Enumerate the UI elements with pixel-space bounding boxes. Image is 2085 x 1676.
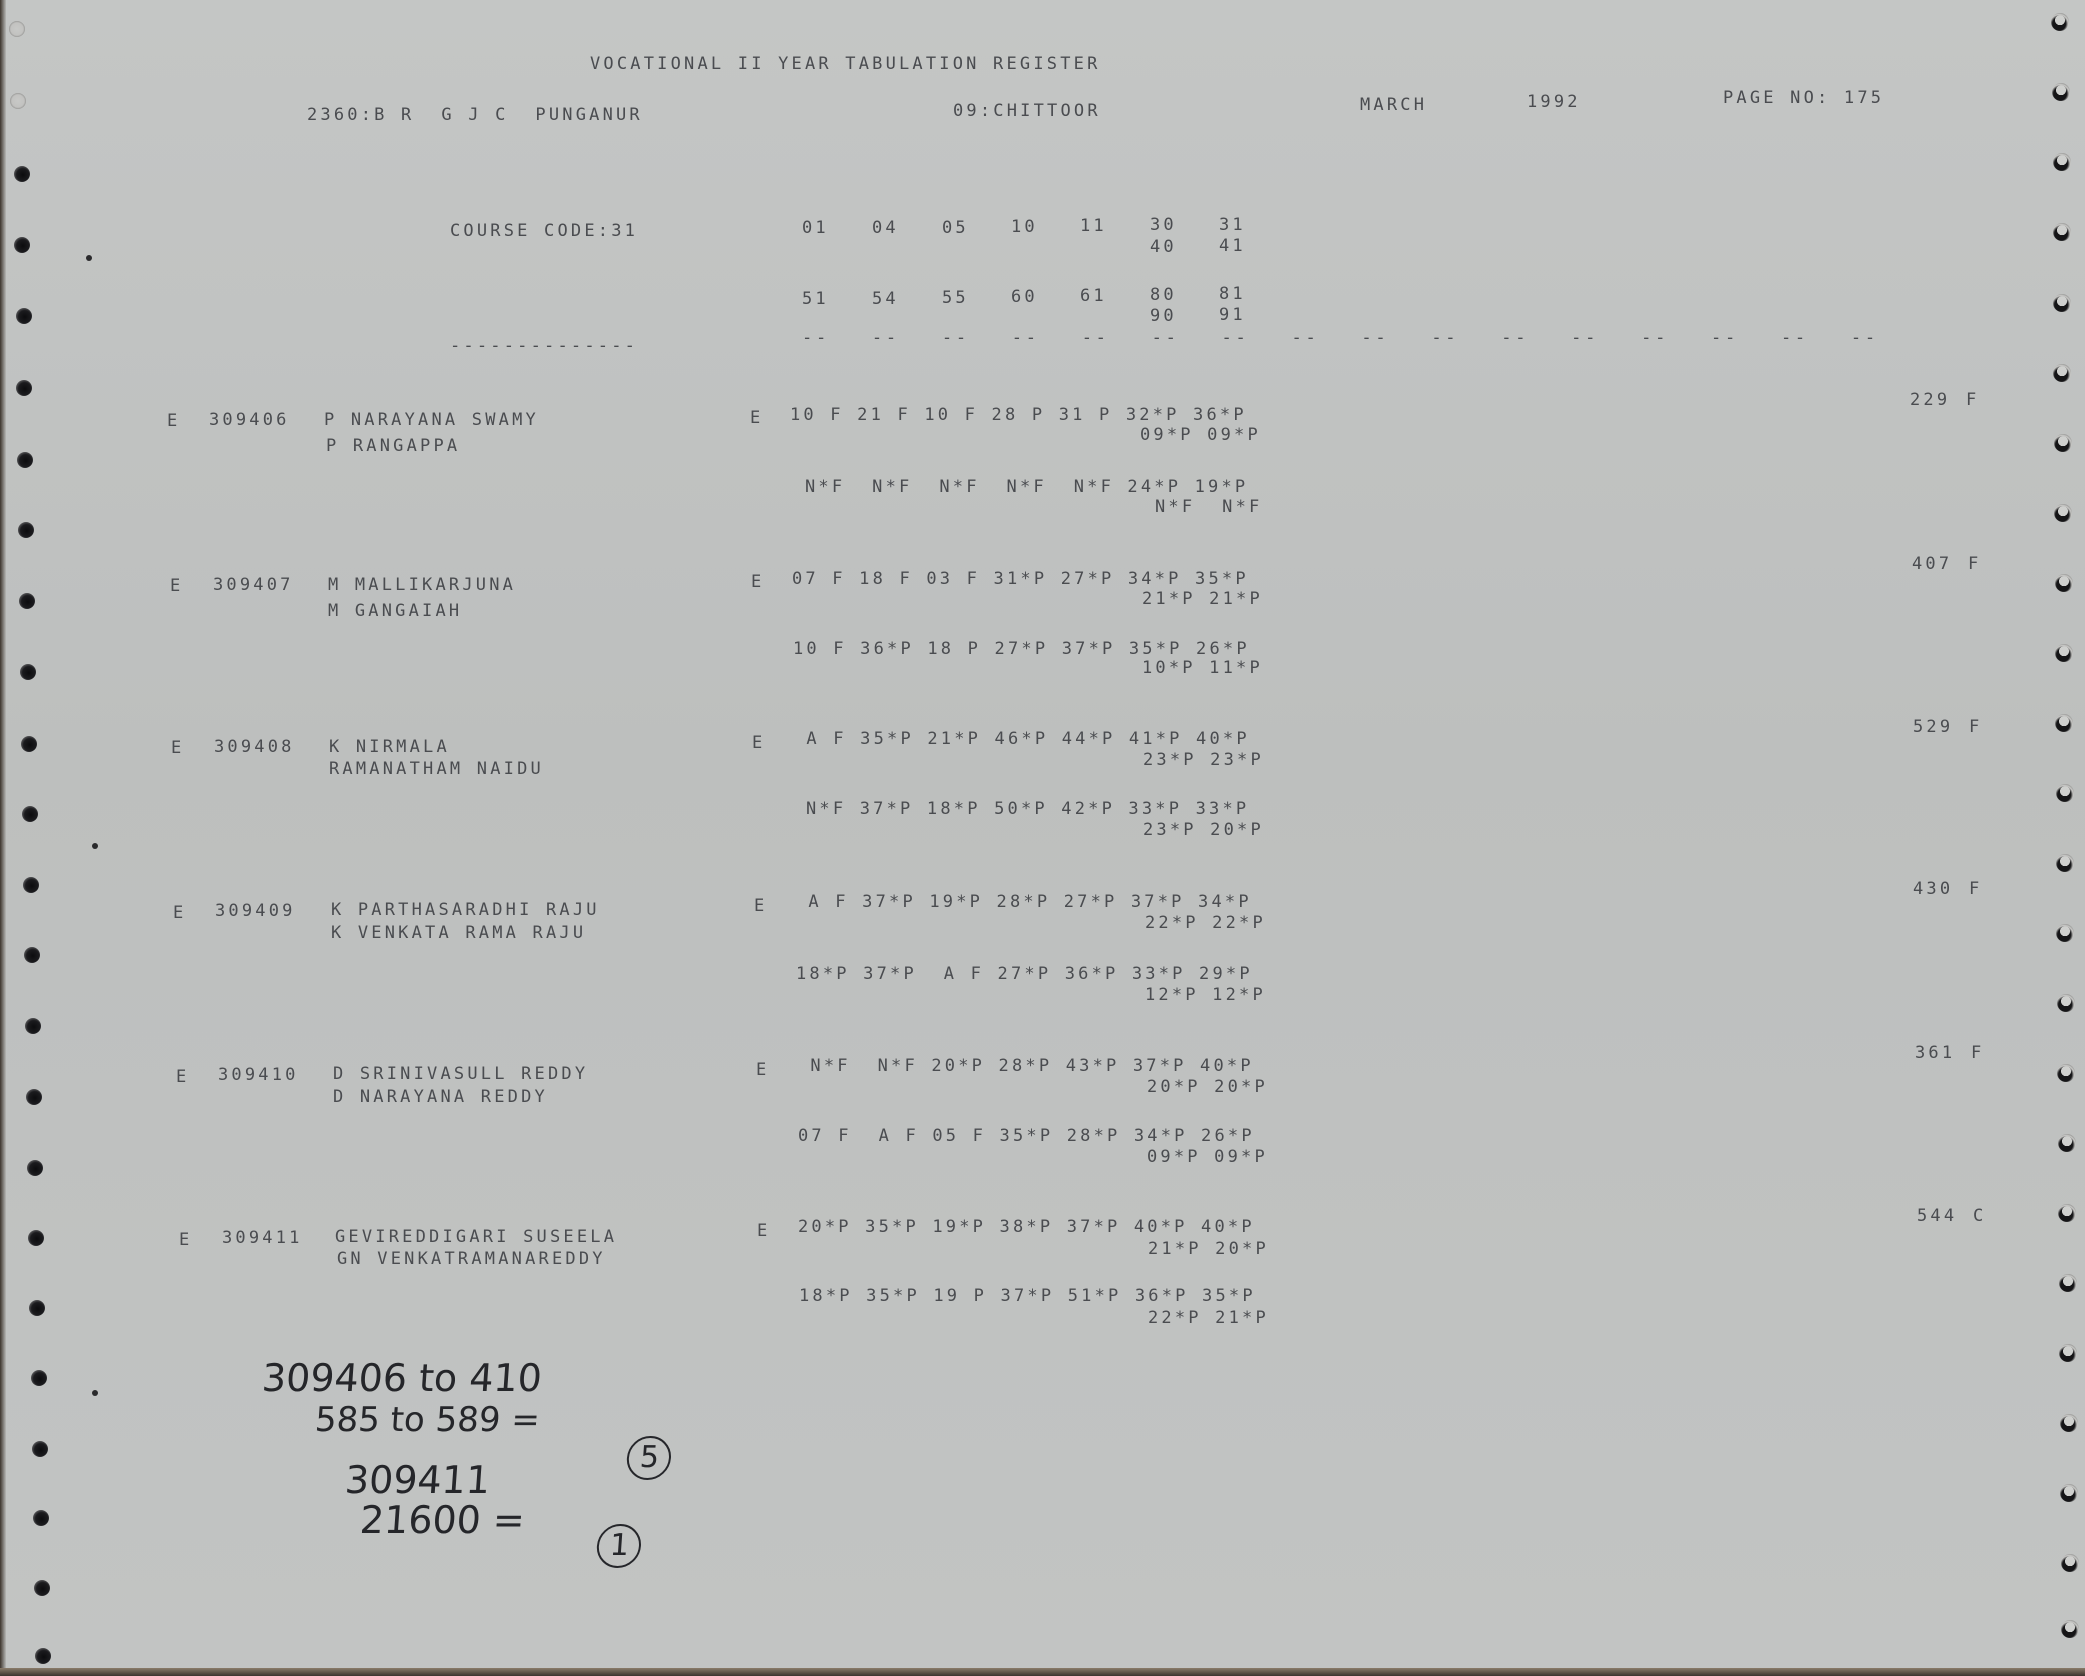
subject-code: 55 — [942, 288, 969, 308]
tractor-hole-icon — [2057, 1064, 2075, 1082]
register-title: VOCATIONAL II YEAR TABULATION REGISTER — [590, 54, 1101, 74]
marks-row-1-sub: 20*P 20*P — [1147, 1077, 1268, 1097]
subject-code: 04 — [872, 218, 899, 238]
subject-code: 80 — [1150, 285, 1177, 305]
note-line-1: 309406 to 410 — [261, 1358, 544, 1398]
result-code: C — [1973, 1206, 1986, 1226]
subject-code: 51 — [802, 289, 829, 309]
tractor-hole-icon — [35, 1648, 51, 1664]
student-name: K NIRMALA — [329, 737, 450, 757]
result-code: F — [1971, 1043, 1984, 1063]
hall-ticket-number: 309408 — [214, 737, 295, 757]
total-marks: 229 — [1910, 390, 1950, 410]
tractor-hole-icon — [2053, 364, 2071, 382]
student-flag: E — [171, 738, 184, 758]
tractor-hole-icon — [2056, 924, 2074, 942]
year-flag: E — [751, 572, 764, 592]
marks-row-1-sub: 09*P 09*P — [1140, 425, 1261, 445]
tractor-hole-icon — [19, 593, 35, 609]
marks-row-1: A F 35*P 21*P 46*P 44*P 41*P 40*P — [793, 729, 1250, 749]
tractor-hole-icon — [2052, 83, 2070, 101]
tractor-hole-icon — [2059, 1274, 2077, 1292]
tractor-hole-icon — [2054, 434, 2072, 452]
year-flag: E — [752, 733, 765, 753]
tractor-hole-icon — [2057, 994, 2075, 1012]
result-code: F — [1968, 554, 1981, 574]
marks-row-2-sub: 12*P 12*P — [1145, 985, 1266, 1005]
marks-row-2-sub: 22*P 21*P — [1148, 1308, 1269, 1328]
marks-row-2: N*F 37*P 18*P 50*P 42*P 33*P 33*P — [806, 799, 1249, 819]
tractor-hole-icon — [2059, 1344, 2077, 1362]
tractor-hole-icon — [10, 93, 26, 109]
subject-code: 10 — [1011, 217, 1038, 237]
circled-count: 5 — [626, 1436, 673, 1480]
column-dashes: -- -- -- -- -- -- -- -- -- -- -- -- -- -… — [802, 328, 1879, 348]
note-count-2: 1 — [521, 1482, 646, 1608]
circled-count: 1 — [596, 1524, 643, 1568]
hall-ticket-number: 309406 — [209, 410, 290, 430]
subject-code: 11 — [1080, 216, 1107, 236]
subject-code: 30 — [1150, 215, 1177, 235]
tractor-hole-icon — [27, 1160, 43, 1176]
paper-bottom-edge — [0, 1668, 2085, 1676]
note-line-4: 21600 = — [359, 1500, 527, 1540]
tractor-hole-icon — [2053, 294, 2071, 312]
total-marks: 529 — [1913, 717, 1953, 737]
subject-code: 41 — [1219, 236, 1246, 256]
result-code: F — [1966, 390, 1979, 410]
student-flag: E — [173, 903, 186, 923]
tractor-hole-icon — [2060, 1484, 2078, 1502]
result-code: F — [1969, 879, 1982, 899]
father-name: M GANGAIAH — [328, 601, 462, 621]
student-name: GEVIREDDIGARI SUSEELA — [335, 1227, 617, 1247]
tractor-hole-icon — [20, 664, 36, 680]
father-name: P RANGAPPA — [326, 436, 460, 456]
marks-row-1: N*F N*F 20*P 28*P 43*P 37*P 40*P — [797, 1056, 1254, 1076]
tractor-hole-icon — [2053, 223, 2071, 241]
father-name: RAMANATHAM NAIDU — [329, 759, 544, 779]
marks-row-2: 07 F A F 05 F 35*P 28*P 34*P 26*P — [798, 1126, 1255, 1146]
tractor-hole-icon — [16, 380, 32, 396]
tractor-hole-icon — [23, 877, 39, 893]
father-name: K VENKATA RAMA RAJU — [331, 923, 586, 943]
tractor-hole-icon — [29, 1300, 45, 1316]
tractor-hole-icon — [21, 736, 37, 752]
tractor-hole-icon — [31, 1370, 47, 1386]
hall-ticket-number: 309410 — [218, 1065, 299, 1085]
tractor-hole-icon — [14, 166, 30, 182]
hall-ticket-number: 309411 — [222, 1228, 303, 1248]
tractor-hole-icon — [17, 452, 33, 468]
tractor-hole-icon — [2055, 574, 2073, 592]
subject-code: 31 — [1219, 215, 1246, 235]
father-name: GN VENKATRAMANAREDDY — [337, 1249, 606, 1269]
tractor-hole-icon — [2056, 854, 2074, 872]
student-flag: E — [179, 1230, 192, 1250]
marks-row-1: A F 37*P 19*P 28*P 27*P 37*P 34*P — [795, 892, 1252, 912]
paper-speck — [92, 843, 98, 849]
student-name: P NARAYANA SWAMY — [324, 410, 539, 430]
student-name: M MALLIKARJUNA — [328, 575, 516, 595]
subject-code: 91 — [1219, 305, 1246, 325]
subject-code: 01 — [802, 218, 829, 238]
tractor-hole-icon — [18, 522, 34, 538]
course-code-label: COURSE CODE:31 — [450, 221, 638, 241]
paper-speck — [86, 255, 92, 261]
year-flag: E — [750, 408, 763, 428]
tractor-hole-icon — [33, 1510, 49, 1526]
tractor-hole-icon — [9, 21, 25, 37]
exam-year: 1992 — [1527, 92, 1581, 112]
tractor-hole-icon — [2055, 644, 2073, 662]
total-marks: 361 — [1915, 1043, 1955, 1063]
student-flag: E — [176, 1067, 189, 1087]
tractor-hole-icon — [2056, 784, 2074, 802]
subject-code: 40 — [1150, 237, 1177, 257]
subject-code: 81 — [1219, 284, 1246, 304]
tractor-hole-icon — [28, 1230, 44, 1246]
paper-speck — [92, 1390, 98, 1396]
tractor-hole-icon — [25, 1018, 41, 1034]
tractor-hole-icon — [2061, 1620, 2079, 1638]
tractor-hole-icon — [22, 806, 38, 822]
marks-row-2: 18*P 37*P A F 27*P 36*P 33*P 29*P — [796, 964, 1253, 984]
marks-row-1: 20*P 35*P 19*P 38*P 37*P 40*P 40*P — [798, 1217, 1255, 1237]
marks-row-2: N*F N*F N*F N*F N*F 24*P 19*P — [805, 477, 1248, 497]
exam-month: MARCH — [1360, 95, 1427, 115]
tractor-hole-icon — [2055, 714, 2073, 732]
marks-row-1-sub: 21*P 20*P — [1148, 1239, 1269, 1259]
tractor-hole-icon — [2060, 1414, 2078, 1432]
paper-left-edge — [0, 0, 6, 1676]
year-flag: E — [756, 1060, 769, 1080]
tractor-hole-icon — [26, 1089, 42, 1105]
subject-code: 05 — [942, 218, 969, 238]
marks-row-2-sub: 09*P 09*P — [1147, 1147, 1268, 1167]
district-name: 09:CHITTOOR — [953, 101, 1101, 121]
result-code: F — [1969, 717, 1982, 737]
hall-ticket-number: 309407 — [213, 575, 294, 595]
tractor-hole-icon — [2053, 153, 2071, 171]
tractor-hole-icon — [2061, 1554, 2079, 1572]
marks-row-2: 10 F 36*P 18 P 27*P 37*P 35*P 26*P — [793, 639, 1250, 659]
tractor-hole-icon — [34, 1580, 50, 1596]
tractor-hole-icon — [2058, 1204, 2076, 1222]
marks-row-2-sub: N*F N*F — [1155, 497, 1262, 517]
college-name: 2360:B R G J C PUNGANUR — [307, 105, 643, 125]
hall-ticket-number: 309409 — [215, 901, 296, 921]
tractor-hole-icon — [2051, 13, 2069, 31]
page-number: PAGE NO: 175 — [1723, 88, 1884, 108]
course-code-underline: -------------- — [450, 336, 638, 356]
total-marks: 430 — [1913, 879, 1953, 899]
marks-row-1: 10 F 21 F 10 F 28 P 31 P 32*P 36*P — [790, 405, 1247, 425]
marks-row-1-sub: 23*P 23*P — [1143, 750, 1264, 770]
student-name: K PARTHASARADHI RAJU — [331, 900, 600, 920]
marks-row-2: 18*P 35*P 19 P 37*P 51*P 36*P 35*P — [799, 1286, 1256, 1306]
tractor-hole-icon — [14, 237, 30, 253]
total-marks: 544 — [1917, 1206, 1957, 1226]
father-name: D NARAYANA REDDY — [333, 1087, 548, 1107]
marks-row-2-sub: 10*P 11*P — [1142, 658, 1263, 678]
tractor-hole-icon — [24, 947, 40, 963]
note-line-3: 309411 — [344, 1460, 492, 1500]
student-name: D SRINIVASULL REDDY — [333, 1064, 588, 1084]
tractor-hole-icon — [2058, 1134, 2076, 1152]
student-flag: E — [167, 411, 180, 431]
year-flag: E — [754, 896, 767, 916]
marks-row-2-sub: 23*P 20*P — [1143, 820, 1264, 840]
subject-code: 60 — [1011, 287, 1038, 307]
subject-code: 90 — [1150, 306, 1177, 326]
tabulation-register-page: VOCATIONAL II YEAR TABULATION REGISTER 2… — [0, 0, 2085, 1676]
marks-row-1: 07 F 18 F 03 F 31*P 27*P 34*P 35*P — [792, 569, 1249, 589]
year-flag: E — [757, 1221, 770, 1241]
student-flag: E — [170, 576, 183, 596]
marks-row-1-sub: 22*P 22*P — [1145, 913, 1266, 933]
total-marks: 407 — [1912, 554, 1952, 574]
note-line-2: 585 to 589 = — [314, 1400, 542, 1440]
tractor-hole-icon — [2054, 504, 2072, 522]
tractor-hole-icon — [32, 1441, 48, 1457]
subject-code: 54 — [872, 289, 899, 309]
tractor-hole-icon — [16, 308, 32, 324]
marks-row-1-sub: 21*P 21*P — [1142, 589, 1263, 609]
subject-code: 61 — [1080, 286, 1107, 306]
